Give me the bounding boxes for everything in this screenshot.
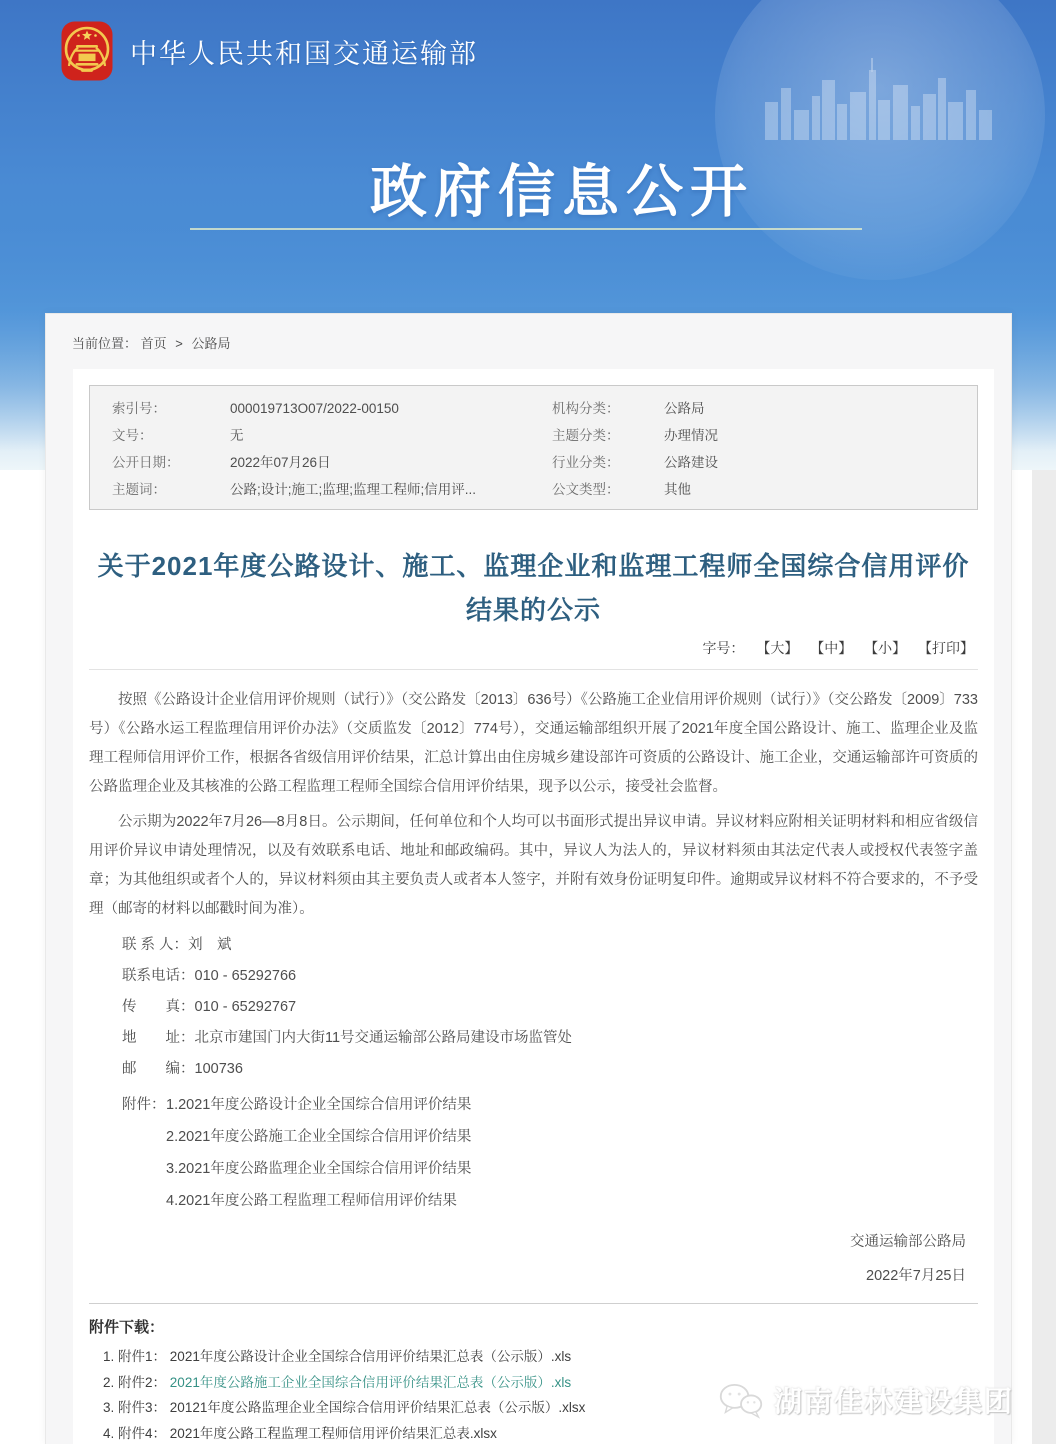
national-emblem-icon	[60, 20, 114, 82]
meta-label: 文号：	[112, 422, 230, 449]
document-panel: 索引号： 000019713O07/2022-00150 机构分类： 公路局 文…	[73, 369, 994, 1444]
title-underline	[190, 228, 862, 230]
meta-value: 000019713O07/2022-00150	[230, 395, 552, 422]
meta-label: 公文类型：	[552, 476, 664, 503]
print-button[interactable]: 【打印】	[918, 640, 974, 656]
contact-address: 地 址：北京市建国门内大街11号交通运输部公路局建设市场监管处	[122, 1023, 978, 1054]
meta-row: 公开日期： 2022年07月26日 行业分类： 公路建设	[112, 449, 977, 476]
meta-value: 其他	[664, 476, 977, 503]
contact-value: 010 - 65292767	[195, 999, 297, 1015]
meta-value: 公路建设	[664, 449, 977, 476]
meta-value: 公路;设计;施工;监理;监理工程师;信用评...	[230, 476, 552, 503]
download-prefix: 3. 附件3：	[103, 1400, 166, 1415]
font-size-large-button[interactable]: 【大】	[756, 640, 798, 656]
font-size-controls: 字号： 【大】 【中】 【小】 【打印】	[89, 638, 978, 670]
downloads-list: 1. 附件1： 2021年度公路设计企业全国综合信用评价结果汇总表（公示版）.x…	[103, 1344, 978, 1444]
document-title-line2: 结果的公示	[89, 588, 978, 632]
attachment-item: 4.2021年度公路工程监理工程师信用评价结果	[166, 1185, 457, 1217]
attachment-indent	[122, 1185, 166, 1217]
download-prefix: 2. 附件2：	[103, 1375, 166, 1390]
meta-row: 文号： 无 主题分类： 办理情况	[112, 422, 977, 449]
section-divider	[89, 1303, 978, 1304]
attachment-label: 附件：	[122, 1089, 166, 1121]
download-prefix: 1. 附件1：	[103, 1349, 166, 1364]
contact-label: 邮 编：	[122, 1061, 195, 1077]
meta-value: 公路局	[664, 395, 977, 422]
attachment-item: 1.2021年度公路设计企业全国综合信用评价结果	[166, 1089, 471, 1121]
contact-label: 传 真：	[122, 999, 195, 1015]
contact-label: 地 址：	[122, 1030, 195, 1046]
font-size-medium-button[interactable]: 【中】	[810, 640, 852, 656]
download-item: 3. 附件3： 20121年度公路监理企业全国综合信用评价结果汇总表（公示版）.…	[103, 1395, 978, 1421]
article-paragraph: 按照《公路设计企业信用评价规则（试行）》（交公路发〔2013〕636号）《公路施…	[89, 686, 978, 802]
signature-org: 交通运输部公路局	[89, 1225, 966, 1259]
contact-value: 010 - 65292766	[195, 968, 297, 984]
content-card: 当前位置： 首页 > 公路局 索引号： 000019713O07/2022-00…	[45, 313, 1012, 1444]
breadcrumb-home-link[interactable]: 首页	[141, 336, 167, 351]
downloads-title: 附件下载：	[89, 1318, 978, 1338]
meta-label: 机构分类：	[552, 395, 664, 422]
contact-fax: 传 真：010 - 65292767	[122, 992, 978, 1023]
breadcrumb-section-link[interactable]: 公路局	[192, 336, 231, 351]
download-link-1[interactable]: 2021年度公路设计企业全国综合信用评价结果汇总表（公示版）.xls	[170, 1349, 571, 1364]
download-item: 4. 附件4： 2021年度公路工程监理工程师信用评价结果汇总表.xlsx	[103, 1421, 978, 1444]
contact-zipcode: 邮 编：100736	[122, 1054, 978, 1085]
breadcrumb-label: 当前位置：	[72, 336, 137, 351]
meta-row: 索引号： 000019713O07/2022-00150 机构分类： 公路局	[112, 395, 977, 422]
download-link-4[interactable]: 2021年度公路工程监理工程师信用评价结果汇总表.xlsx	[170, 1426, 497, 1441]
article-paragraph: 公示期为2022年7月26—8月8日。公示期间，任何单位和个人均可以书面形式提出…	[89, 808, 978, 924]
meta-label: 公开日期：	[112, 449, 230, 476]
page-title: 政府信息公开	[170, 146, 954, 228]
meta-label: 行业分类：	[552, 449, 664, 476]
meta-value: 无	[230, 422, 552, 449]
download-link-2[interactable]: 2021年度公路施工企业全国综合信用评价结果汇总表（公示版）.xls	[170, 1375, 571, 1390]
font-size-label: 字号：	[702, 640, 744, 656]
contact-person: 联 系 人：刘 斌	[122, 930, 978, 961]
contact-label: 联系电话：	[122, 968, 195, 984]
city-skyline-decoration	[715, 0, 1045, 280]
signature-date: 2022年7月25日	[89, 1259, 966, 1293]
site-name: 中华人民共和国交通运输部	[130, 32, 478, 71]
meta-value: 2022年07月26日	[230, 449, 552, 476]
download-prefix: 4. 附件4：	[103, 1426, 166, 1441]
meta-label: 主题词：	[112, 476, 230, 503]
signature-block: 交通运输部公路局 2022年7月25日	[89, 1225, 978, 1293]
contact-block: 联 系 人：刘 斌 联系电话：010 - 65292766 传 真：010 - …	[122, 930, 978, 1085]
attachment-indent	[122, 1121, 166, 1153]
attachment-item: 3.2021年度公路监理企业全国综合信用评价结果	[166, 1153, 471, 1185]
download-link-3[interactable]: 20121年度公路监理企业全国综合信用评价结果汇总表（公示版）.xlsx	[170, 1400, 586, 1415]
meta-value: 办理情况	[664, 422, 977, 449]
page: 中华人民共和国交通运输部 政府信息公开 当前位置： 首页 > 公路局 索引号： …	[0, 0, 1056, 1444]
meta-label: 主题分类：	[552, 422, 664, 449]
meta-label: 索引号：	[112, 395, 230, 422]
download-item: 1. 附件1： 2021年度公路设计企业全国综合信用评价结果汇总表（公示版）.x…	[103, 1344, 978, 1370]
document-title: 关于2021年度公路设计、施工、监理企业和监理工程师全国综合信用评价 结果的公示	[89, 544, 978, 632]
contact-label: 联 系 人：	[122, 937, 188, 953]
attachment-row: 2.2021年度公路施工企业全国综合信用评价结果	[122, 1121, 978, 1153]
contact-value: 刘 斌	[188, 937, 232, 953]
attachment-row: 3.2021年度公路监理企业全国综合信用评价结果	[122, 1153, 978, 1185]
meta-table: 索引号： 000019713O07/2022-00150 机构分类： 公路局 文…	[89, 385, 978, 510]
breadcrumb-separator: >	[175, 336, 183, 351]
contact-value: 100736	[195, 1061, 243, 1077]
page-edge-strip	[1032, 470, 1056, 1444]
contact-phone: 联系电话：010 - 65292766	[122, 961, 978, 992]
attachment-list: 附件： 1.2021年度公路设计企业全国综合信用评价结果 2.2021年度公路施…	[122, 1089, 978, 1217]
site-brand: 中华人民共和国交通运输部	[60, 20, 478, 82]
font-size-small-button[interactable]: 【小】	[864, 640, 906, 656]
attachment-indent	[122, 1153, 166, 1185]
skyline-icon	[765, 50, 995, 140]
download-item: 2. 附件2： 2021年度公路施工企业全国综合信用评价结果汇总表（公示版）.x…	[103, 1370, 978, 1396]
breadcrumb: 当前位置： 首页 > 公路局	[46, 314, 1011, 352]
contact-value: 北京市建国门内大街11号交通运输部公路局建设市场监管处	[195, 1030, 573, 1046]
meta-row: 主题词： 公路;设计;施工;监理;监理工程师;信用评... 公文类型： 其他	[112, 476, 977, 503]
attachment-row: 4.2021年度公路工程监理工程师信用评价结果	[122, 1185, 978, 1217]
attachment-item: 2.2021年度公路施工企业全国综合信用评价结果	[166, 1121, 471, 1153]
attachment-row: 附件： 1.2021年度公路设计企业全国综合信用评价结果	[122, 1089, 978, 1121]
document-title-line1: 关于2021年度公路设计、施工、监理企业和监理工程师全国综合信用评价	[89, 544, 978, 588]
